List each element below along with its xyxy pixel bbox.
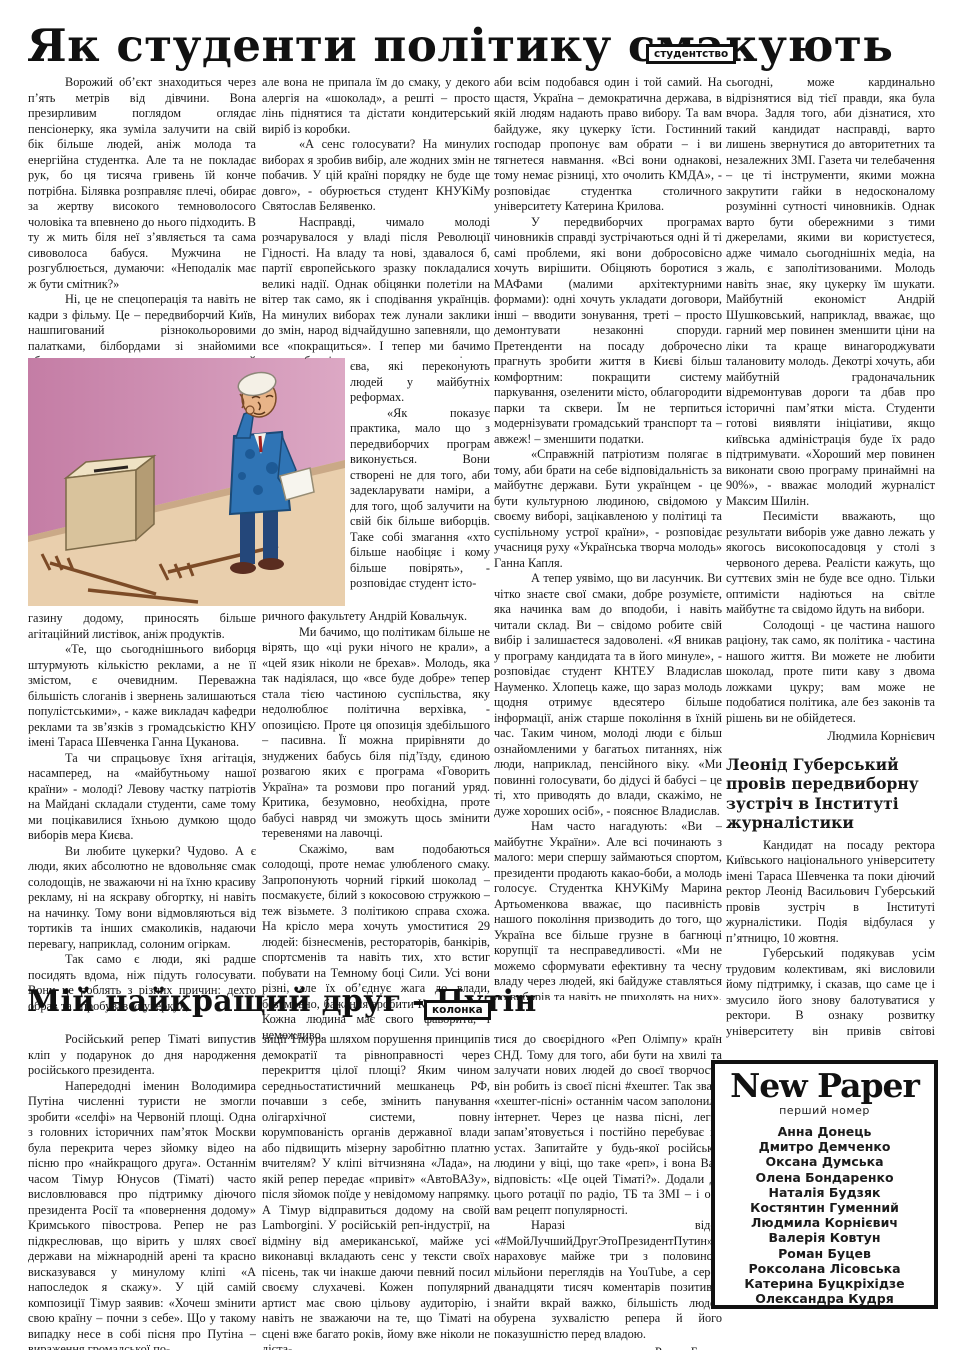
article-paragraph: Наразі відео «#МойЛучшийДругЭтоПрезидент… — [494, 1218, 722, 1342]
article-paragraph: зиції Тімура шляхом порушення принципів … — [262, 1032, 490, 1350]
newspaper-page: Як студенти політику смакують студентств… — [0, 0, 960, 1357]
article-paragraph: Та чи спрацьовує їхня агітація, насампер… — [28, 751, 256, 844]
article-paragraph: «Те, що сьогоднішнього виборця штурмують… — [28, 642, 256, 751]
masthead-title: New Paper — [715, 1068, 934, 1104]
article-paragraph: Ні, це не спецоперація та навіть не кадр… — [28, 292, 256, 359]
article-paragraph: ричного факультету Андрій Ковальчук. — [262, 609, 490, 625]
staff-name: Костянтин Гуменний — [715, 1200, 934, 1215]
article-paragraph: «Як показує практика, мало що з передвиб… — [350, 406, 490, 592]
staff-name: Дмитро Демченко — [715, 1139, 934, 1154]
ballot-box-drawing — [66, 456, 154, 550]
main-headline: Як студенти політику смакують — [27, 22, 893, 70]
article-paragraph: Ворожий об’єкт знаходиться через п’ять м… — [28, 75, 256, 292]
article-paragraph: тися до своєрідного «Реп Олімпу» країн С… — [494, 1032, 722, 1218]
byline-main-article: Людмила Корнієвич — [726, 729, 935, 745]
sub-article-headline: Леонід Губерський провів передвиборну зу… — [726, 755, 935, 833]
rubric-badge-students: студентство — [646, 44, 736, 64]
article-column-1-top: Ворожий об’єкт знаходиться через п’ять м… — [28, 75, 256, 359]
article-paragraph: Насправді, чимало молоді розчарувалося у… — [262, 215, 490, 360]
article-paragraph: але вона не припала їм до смаку, у деког… — [262, 75, 490, 137]
column-2-top: але вона не припала їм до смаку, у деког… — [262, 75, 490, 359]
staff-name: Валерія Ковтун — [715, 1230, 934, 1245]
article-paragraph: Губерський подякував усім трудовим колек… — [726, 946, 935, 1041]
article-column-3: аби всім подобався один і той самий. На … — [494, 75, 722, 1000]
sub-article-text: Кандидат на посаду ректора Київського на… — [726, 838, 935, 1042]
article-paragraph: Ви любите цукерки? Чудово. А є люди, яки… — [28, 844, 256, 953]
staff-name: Олександра Кудря — [715, 1291, 934, 1306]
staff-name: Катерина Буцкріхідзе — [715, 1276, 934, 1291]
staff-name: Олена Бондаренко — [715, 1170, 934, 1185]
article-paragraph: сьогодні, може кардинально відрізнятися … — [726, 75, 935, 509]
staff-name: Наталія Будзяк — [715, 1185, 934, 1200]
column-article-col-3: тися до своєрідного «Реп Олімпу» країн С… — [494, 1032, 722, 1350]
article-paragraph: Ми бачимо, що політикам більше не вірять… — [262, 625, 490, 842]
article-paragraph: Песимісти вважають, що результати виборі… — [726, 509, 935, 618]
column-article-col-1: Російський репер Тіматі випустив кліп у … — [28, 1032, 256, 1350]
article-paragraph: «А сенс голосувати? На минулих виборах я… — [262, 137, 490, 215]
column-4-text: сьогодні, може кардинально відрізнятися … — [726, 75, 935, 726]
column-2-bottom: ричного факультету Андрій Ковальчук.Ми б… — [262, 609, 490, 1039]
article-paragraph: Кандидат на посаду ректора Київського на… — [726, 838, 935, 947]
article-paragraph: Солодощі - це частина нашого раціону, та… — [726, 618, 935, 727]
article-paragraph: «Справжній патріотизм полягає в тому, аб… — [494, 447, 722, 571]
staff-name: Людмила Корнієвич — [715, 1215, 934, 1230]
column-article-col-3-text: тися до своєрідного «Реп Олімпу» країн С… — [494, 1032, 722, 1342]
masthead-box: New Paper перший номер Анна ДонецьДмитро… — [711, 1060, 938, 1309]
staff-name: Оксана Думська — [715, 1154, 934, 1169]
article-paragraph: єва, які переконують людей у майбутніх р… — [350, 359, 490, 406]
article-paragraph: Російський репер Тіматі випустив кліп у … — [28, 1032, 256, 1079]
staff-name: Роман Буцев — [715, 1246, 934, 1261]
article-paragraph: У передвиборчих програмах чиновників спр… — [494, 215, 722, 448]
article-column-4: сьогодні, може кардинально відрізнятися … — [726, 75, 935, 1041]
article-paragraph: газину додому, приносять більше агітацій… — [28, 611, 256, 642]
column-2-wrap-around-cartoon: єва, які переконують людей у майбутніх р… — [262, 359, 490, 609]
article-column-1-bottom: газину додому, приносять більше агітацій… — [28, 611, 256, 1039]
article-paragraph: аби всім подобався один і той самий. На … — [494, 75, 722, 215]
rubric-badge-column: колонка — [424, 1000, 491, 1020]
byline-column-article: Роман Буцев — [494, 1345, 722, 1350]
masthead-subtitle: перший номер — [715, 1104, 934, 1117]
staff-name: Роксолана Лісовська — [715, 1261, 934, 1276]
article-column-2: але вона не припала їм до смаку, у деког… — [262, 75, 490, 1039]
article-paragraph: А тепер уявімо, що ви ласунчик. Ви чітко… — [494, 571, 722, 819]
staff-name-list: Анна ДонецьДмитро ДемченкоОксана Думська… — [715, 1124, 934, 1306]
article-paragraph: Нам часто нагадують: «Ви – майбутнє Укра… — [494, 819, 722, 1000]
staff-name: Анна Донець — [715, 1124, 934, 1139]
column-article-col-2: зиції Тімура шляхом порушення принципів … — [262, 1032, 490, 1350]
article-paragraph: Напередодні іменин Володимира Путіна чис… — [28, 1079, 256, 1351]
